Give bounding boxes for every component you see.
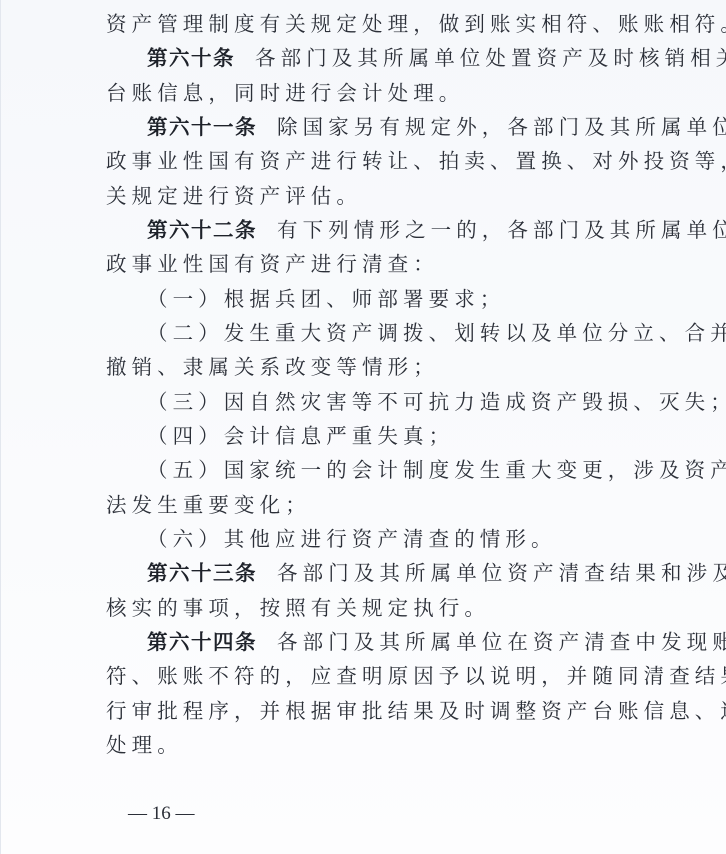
article-63: 第六十三条各部门及其所属单位资产清查结果和涉及资产 (106, 556, 651, 590)
line-text: （三）因自然灾害等不可抗力造成资产毁损、灭失； (147, 390, 726, 414)
list-item: （二）发生重大资产调拨、划转以及单位分立、合并、改制、 (106, 316, 651, 350)
article-heading: 第六十一条 (147, 115, 257, 139)
line-text: （六）其他应进行资产清查的情形。 (147, 527, 557, 551)
line-text: 各部门及其所属单位资产清查结果和涉及资产 (277, 561, 726, 585)
list-item: （一）根据兵团、师部署要求； (106, 282, 651, 316)
article-64: 第六十四条各部门及其所属单位在资产清查中发现账实不 (106, 625, 651, 659)
line-text: （四）会计信息严重失真； (147, 424, 454, 448)
document-page: 资产管理制度有关规定处理，做到账实相符、账账相符。 第六十条各部门及其所属单位处… (0, 0, 726, 854)
list-item: （四）会计信息严重失真； (106, 419, 651, 453)
article-heading: 第六十三条 (147, 561, 257, 585)
line-text: 政事业性国有资产进行清查： (106, 252, 439, 276)
text-line: 政事业性国有资产进行转让、拍卖、置换、对外投资等，按照有 (106, 144, 651, 178)
article-61: 第六十一条除国家另有规定外，各部门及其所属单位将行 (106, 110, 651, 144)
line-text: 处理。 (106, 733, 183, 757)
text-line: 法发生重要变化； (106, 488, 651, 522)
line-text: （一）根据兵团、师部署要求； (147, 287, 505, 311)
list-item: （三）因自然灾害等不可抗力造成资产毁损、灭失； (106, 385, 651, 419)
line-text: 各部门及其所属单位在资产清查中发现账实不 (277, 630, 726, 654)
line-text: 核实的事项，按照有关规定执行。 (106, 596, 490, 620)
line-text: 行审批程序，并根据审批结果及时调整资产台账信息、进行会计 (106, 699, 726, 723)
page-number: — 16 — (128, 803, 195, 825)
line-text: 台账信息，同时进行会计处理。 (106, 81, 464, 105)
article-60: 第六十条各部门及其所属单位处置资产及时核销相关资产 (106, 41, 651, 75)
line-text: 有下列情形之一的，各部门及其所属单位对行 (277, 218, 726, 242)
text-line: 关规定进行资产评估。 (106, 179, 651, 213)
line-text: 法发生重要变化； (106, 493, 311, 517)
line-text: 符、账账不符的，应查明原因予以说明，并随同清查结果一并履 (106, 664, 726, 688)
text-line: 台账信息，同时进行会计处理。 (106, 76, 651, 110)
document-body: 资产管理制度有关规定处理，做到账实相符、账账相符。 第六十条各部门及其所属单位处… (106, 7, 651, 762)
article-heading: 第六十条 (147, 46, 235, 70)
line-text: 各部门及其所属单位处置资产及时核销相关资产 (255, 46, 726, 70)
text-line: 行审批程序，并根据审批结果及时调整资产台账信息、进行会计 (106, 694, 651, 728)
line-text: （五）国家统一的会计制度发生重大变更，涉及资产核算方 (147, 458, 726, 482)
article-heading: 第六十二条 (147, 218, 257, 242)
text-line: 撤销、隶属关系改变等情形； (106, 350, 651, 384)
list-item: （六）其他应进行资产清查的情形。 (106, 522, 651, 556)
text-line: 符、账账不符的，应查明原因予以说明，并随同清查结果一并履 (106, 659, 651, 693)
text-line: 处理。 (106, 728, 651, 762)
line-text: 撤销、隶属关系改变等情形； (106, 355, 439, 379)
list-item: （五）国家统一的会计制度发生重大变更，涉及资产核算方 (106, 453, 651, 487)
line-text: 除国家另有规定外，各部门及其所属单位将行 (277, 115, 726, 139)
article-62: 第六十二条有下列情形之一的，各部门及其所属单位对行 (106, 213, 651, 247)
text-line: 核实的事项，按照有关规定执行。 (106, 591, 651, 625)
line-text: 政事业性国有资产进行转让、拍卖、置换、对外投资等，按照有 (106, 149, 726, 173)
line-text: （二）发生重大资产调拨、划转以及单位分立、合并、改制、 (147, 321, 726, 345)
line-text: 关规定进行资产评估。 (106, 184, 362, 208)
text-line: 资产管理制度有关规定处理，做到账实相符、账账相符。 (106, 7, 651, 41)
text-line: 政事业性国有资产进行清查： (106, 247, 651, 281)
article-heading: 第六十四条 (147, 630, 257, 654)
line-text: 资产管理制度有关规定处理，做到账实相符、账账相符。 (106, 12, 726, 36)
